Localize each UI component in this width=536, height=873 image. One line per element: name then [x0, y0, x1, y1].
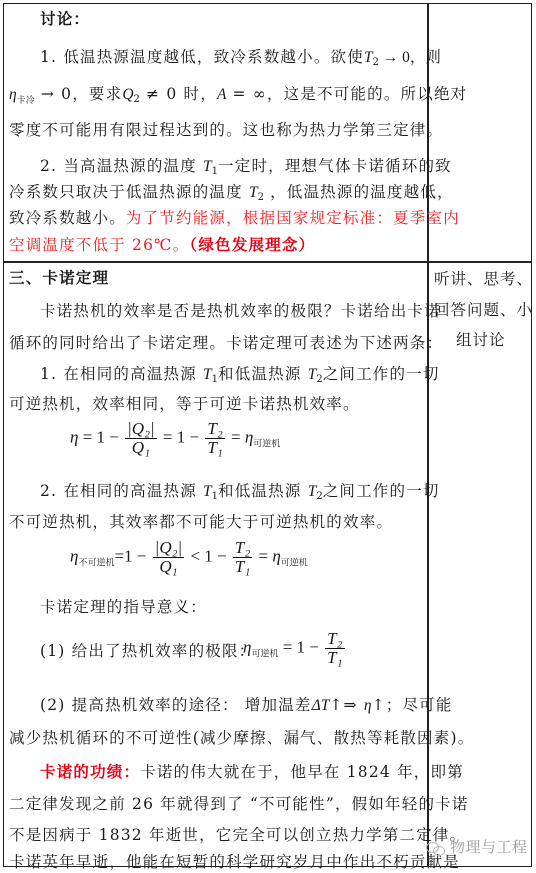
text: ≠ 0 时， — [140, 85, 217, 103]
math-T: T — [203, 366, 212, 383]
merit-label: 卡诺的功绩： — [40, 762, 140, 781]
numerator: |Q₂| — [125, 420, 157, 439]
theorem2-line1: 2. 在相同的高温热源 T1和低温热源 T2之间工作的一切 — [40, 481, 440, 507]
merit-line4: 卡诺英年早逝，他能在短暂的科学研究岁月中作出不朽贡献是 — [9, 852, 460, 872]
text: 之间工作的一切 — [323, 482, 440, 500]
energy-saving-note: 为了节约能源，根据国家规定标准：夏季室内 — [126, 209, 460, 227]
merit-line1: 卡诺的功绩：卡诺的伟大就在于，他早在 1824 年，即第 — [40, 762, 464, 782]
wechat-icon — [426, 840, 446, 856]
text: 1. 在相同的高温热源 — [40, 365, 203, 383]
text: = — [227, 427, 245, 446]
energy-saving-note: 空调温度不低于 26℃。 — [9, 236, 189, 254]
carnot-intro-line2: 循环的同时给出了卡诺定理。卡诺定理可表述为下述两条： — [9, 333, 443, 353]
text: 和低温热源 — [218, 365, 308, 383]
math-A: A — [217, 86, 226, 103]
row-divider — [3, 261, 532, 263]
discussion-p2-line2: 冷系数只取决于低温热源的温度 T2 ，低温热源的温度越低， — [9, 182, 454, 208]
text: ↑；尽可能 — [372, 696, 453, 714]
guide-heading: 卡诺定理的指导意义： — [40, 597, 207, 617]
text: 2. 当高温热源的温度 — [40, 157, 203, 175]
text: 致冷系数越小。 — [9, 209, 126, 227]
numerator: T₂ — [233, 539, 252, 558]
text: = 1 − — [278, 637, 323, 656]
fraction-t: T₂T₁ — [233, 539, 252, 576]
activity-line2: 回答问题、小 — [434, 300, 533, 320]
fraction-t: T₂T₁ — [325, 630, 344, 667]
merit-line3: 不是因病于 1832 年逝世，它完全可以创立热力学第二定律。 — [9, 825, 466, 845]
arrow: ↑⇒ — [329, 696, 364, 714]
guide-item1: (1) 给出了热机效率的极限： — [40, 641, 255, 661]
equation-reversible-efficiency: η = 1 − |Q₂|Q₁ = 1 − T₂T₁ = η可逆机 — [70, 420, 280, 457]
discussion-p2-line4: 空调温度不低于 26℃。（绿色发展理念） — [9, 235, 315, 255]
theorem2-line2: 不可逆热机，其效率都不可能大于可逆热机的效率。 — [9, 512, 393, 532]
text: < 1 − — [186, 546, 231, 565]
discussion-p1-line1: 1. 低温热源温度越低，致冷系数越小。欲使T2 → 0，则 — [40, 47, 441, 73]
numerator: T₂ — [205, 420, 224, 439]
math-delta-T: ΔT — [312, 697, 330, 714]
text: 之间工作的一切 — [323, 365, 440, 383]
text: → 0，则 — [379, 49, 441, 66]
denominator: T₁ — [325, 649, 344, 667]
activity-line1: 听讲、思考、 — [434, 269, 533, 289]
numerator: |Q₂| — [153, 539, 185, 558]
text: = 1 − — [78, 427, 123, 446]
text: = — [254, 546, 272, 565]
watermark: 物理与工程 — [426, 836, 528, 857]
math-eta: η — [9, 86, 17, 103]
text: ，低温热源的温度越低， — [264, 183, 454, 201]
subscript: 可逆机 — [251, 649, 278, 659]
text: = ∞，这是不可能的。所以绝对 — [226, 85, 467, 103]
theorem1-line1: 1. 在相同的高温热源 T1和低温热源 T2之间工作的一切 — [40, 364, 440, 390]
theorem1-line2: 可逆热机，效率相同，等于可逆卡诺热机效率。 — [9, 394, 360, 414]
text: (1) 给出了热机效率的极限： — [40, 642, 255, 660]
text: 2. 在相同的高温热源 — [40, 482, 203, 500]
text: =1 − — [114, 546, 150, 565]
text: (2) 提高热机效率的途径： 增加温差 — [40, 696, 312, 714]
denominator: Q₁ — [125, 439, 157, 457]
text: = 1 − — [159, 427, 204, 446]
discussion-p1-line2: η卡冷 → 0，要求Q2 ≠ 0 时，A = ∞，这是不可能的。所以绝对 — [9, 84, 467, 111]
math-eta: η — [245, 427, 253, 446]
watermark-text: 物理与工程 — [450, 838, 528, 856]
text: 卡诺的伟大就在于，他早在 1824 年，即第 — [140, 763, 464, 781]
numerator: T₂ — [325, 630, 344, 649]
math-T: T — [203, 483, 212, 500]
math-T: T — [364, 49, 373, 66]
text: 和低温热源 — [218, 482, 308, 500]
math-eta: η — [364, 697, 372, 714]
subscript: 可逆机 — [281, 558, 308, 568]
discussion-heading: 讨论： — [40, 9, 90, 29]
activity-line3: 组讨论 — [456, 330, 506, 350]
guide-item2-line1: (2) 提高热机效率的途径： 增加温差ΔT↑⇒ η↑；尽可能 — [40, 695, 453, 716]
discussion-p2-line3: 致冷系数越小。为了节约能源，根据国家规定标准：夏季室内 — [9, 208, 460, 228]
discussion-p1-line3: 零度不可能用有限过程达到的。这也称为热力学第三定律。 — [9, 120, 443, 140]
merit-line2: 二定律发现之前 26 年就得到了 “不可能性”，假如年轻的卡诺 — [9, 794, 469, 814]
denominator: Q₁ — [153, 558, 185, 576]
math-eta: η — [272, 546, 280, 565]
fraction-q: |Q₂|Q₁ — [125, 420, 157, 457]
fraction-t: T₂T₁ — [205, 420, 224, 457]
math-Q: Q — [122, 86, 133, 103]
text: 一定时，理想气体卡诺循环的致 — [218, 157, 452, 175]
fraction-q: |Q₂|Q₁ — [153, 539, 185, 576]
subscript: 卡冷 — [17, 96, 35, 106]
math-T: T — [203, 158, 212, 175]
denominator: T₁ — [233, 558, 252, 576]
green-development-note: （绿色发展理念） — [189, 235, 315, 254]
text: 冷系数只取决于低温热源的温度 — [9, 183, 249, 201]
equation-irreversible-efficiency: η不可逆机=1 − |Q₂|Q₁ < 1 − T₂T₁ = η可逆机 — [70, 539, 308, 576]
text: 1. 低温热源温度越低，致冷系数越小。欲使 — [40, 48, 364, 66]
math-T: T — [249, 184, 258, 201]
subscript: 可逆机 — [253, 439, 280, 449]
denominator: T₁ — [205, 439, 224, 457]
carnot-heading: 三、卡诺定理 — [9, 268, 109, 288]
subscript: 不可逆机 — [78, 558, 114, 568]
guide-item2-line2: 减少热机循环的不可逆性(减少摩擦、漏气、散热等耗散因素)。 — [9, 728, 474, 748]
equation-efficiency-limit: η可逆机 = 1 − T₂T₁ — [243, 630, 347, 667]
discussion-p2-line1: 2. 当高温热源的温度 T1一定时，理想气体卡诺循环的致 — [40, 156, 452, 182]
carnot-intro-line1: 卡诺热机的效率是否是热机效率的极限？卡诺给出卡诺 — [40, 301, 441, 321]
text: → 0，要求 — [35, 85, 123, 103]
